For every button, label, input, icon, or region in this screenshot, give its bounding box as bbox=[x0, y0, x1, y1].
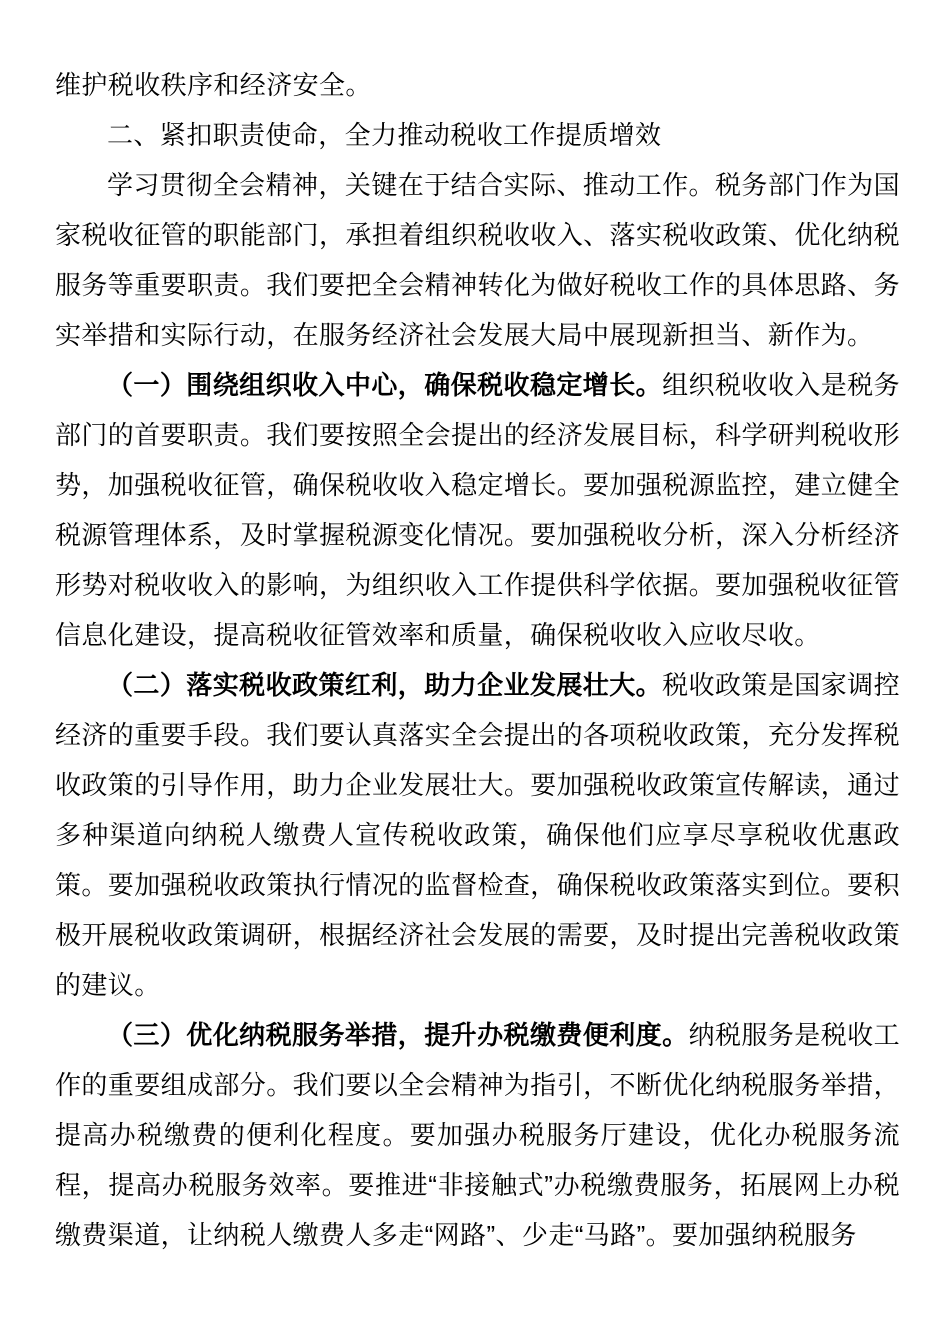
paragraph: （三）优化纳税服务举措，提升办税缴费便利度。纳税服务是税收工作的重要组成部分。我… bbox=[55, 1010, 900, 1260]
paragraph-continuation: 维护税收秩序和经济安全。 bbox=[55, 60, 900, 110]
paragraph-text: 纳税服务是税收工作的重要组成部分。我们要以全会精神为指引，不断优化纳税服务举措，… bbox=[55, 1020, 900, 1250]
paragraph-text: 组织税收收入是税务部门的首要职责。我们要按照全会提出的经济发展目标，科学研判税收… bbox=[55, 370, 900, 650]
paragraph-lead: （二）落实税收政策红利，助力企业发展壮大。 bbox=[107, 670, 662, 700]
paragraph: （二）落实税收政策红利，助力企业发展壮大。税收政策是国家调控经济的重要手段。我们… bbox=[55, 660, 900, 1010]
paragraph-lead: （三）优化纳税服务举措，提升办税缴费便利度。 bbox=[107, 1020, 689, 1050]
paragraph: （一）围绕组织收入中心，确保税收稳定增长。组织税收收入是税务部门的首要职责。我们… bbox=[55, 360, 900, 660]
paragraph-lead: （一）围绕组织收入中心，确保税收稳定增长。 bbox=[107, 370, 662, 400]
paragraph: 学习贯彻全会精神，关键在于结合实际、推动工作。税务部门作为国家税收征管的职能部门… bbox=[55, 160, 900, 360]
section-heading: 二、紧扣职责使命，全力推动税收工作提质增效 bbox=[55, 110, 900, 160]
paragraph-text: 税收政策是国家调控经济的重要手段。我们要认真落实全会提出的各项税收政策，充分发挥… bbox=[55, 670, 900, 1000]
document-page: 维护税收秩序和经济安全。 二、紧扣职责使命，全力推动税收工作提质增效 学习贯彻全… bbox=[0, 0, 950, 1344]
